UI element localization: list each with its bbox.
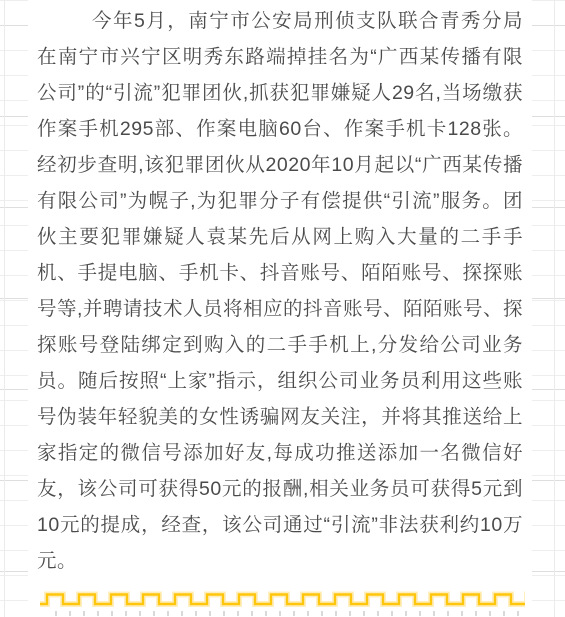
article-paragraph: 今年5月，南宁市公安局刑侦支队联合青秀分局在南宁市兴宁区明秀东路端掉挂名为“广西… bbox=[37, 0, 523, 579]
dashed-tick-row bbox=[55, 611, 520, 616]
zigzag-wave-icon bbox=[40, 591, 525, 608]
zigzag-divider bbox=[40, 591, 525, 608]
content-panel: 今年5月，南宁市公安局刑侦支队联合青秀分局在南宁市兴宁区明秀东路端掉挂名为“广西… bbox=[28, 0, 532, 617]
